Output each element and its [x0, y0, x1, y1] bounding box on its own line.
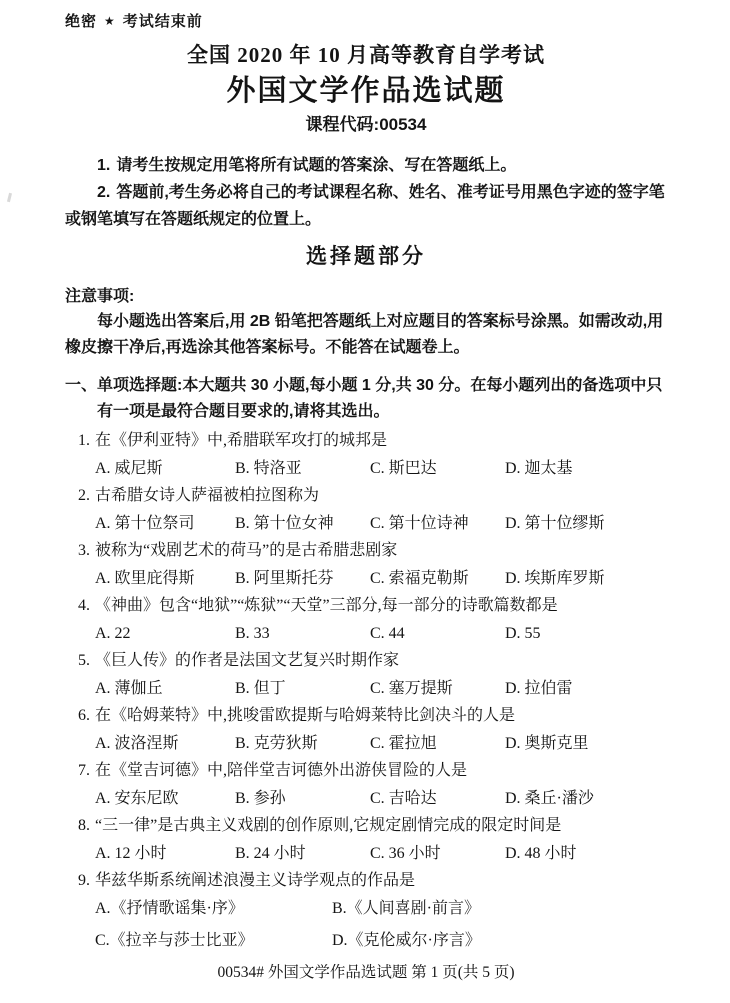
option: A. 22: [95, 620, 235, 648]
question-number: 1.: [78, 432, 90, 449]
question-stem: 7.在《堂吉诃德》中,陪伴堂吉诃德外出游侠冒险的人是: [78, 757, 667, 785]
option: A. 薄伽丘: [95, 675, 235, 703]
question-number: 9.: [78, 872, 90, 889]
question-stem: 5.《巨人传》的作者是法国文艺复兴时期作家: [78, 647, 667, 675]
option: C. 塞万提斯: [370, 675, 505, 703]
option: A. 欧里庇得斯: [95, 565, 235, 593]
question-text: 华兹华斯系统阐述浪漫主义诗学观点的作品是: [95, 872, 415, 889]
instruction-text: 答题前,考生务必将自己的考试课程名称、姓名、准考证号用黑色字迹的签字笔或钢笔填写…: [65, 184, 665, 228]
question-stem: 6.在《哈姆莱特》中,挑唆雷欧提斯与哈姆莱特比剑决斗的人是: [78, 702, 667, 730]
option: D. 48 小时: [505, 840, 667, 868]
option: C. 44: [370, 620, 505, 648]
instruction-item: 2.答题前,考生务必将自己的考试课程名称、姓名、准考证号用黑色字迹的签字笔或钢笔…: [65, 179, 667, 233]
option: D. 迦太基: [505, 455, 667, 483]
option: A. 安东尼欧: [95, 785, 235, 813]
question-block: 1.在《伊利亚特》中,希腊联军攻打的城邦是A. 威尼斯B. 特洛亚C. 斯巴达D…: [65, 427, 667, 482]
star-icon: ★: [104, 14, 116, 28]
question-block: 2.古希腊女诗人萨福被柏拉图称为A. 第十位祭司B. 第十位女神C. 第十位诗神…: [65, 482, 667, 537]
option: D. 55: [505, 620, 667, 648]
question-text: 在《哈姆莱特》中,挑唆雷欧提斯与哈姆莱特比剑决斗的人是: [95, 707, 515, 724]
question-text: 在《堂吉诃德》中,陪伴堂吉诃德外出游侠冒险的人是: [95, 762, 467, 779]
option: C.《拉辛与莎士比亚》: [95, 927, 332, 955]
options-row: A. 12 小时B. 24 小时C. 36 小时D. 48 小时: [95, 840, 667, 868]
exam-end-label: 考试结束前: [123, 13, 203, 30]
option: B. 克劳狄斯: [235, 730, 370, 758]
question-number: 7.: [78, 762, 90, 779]
notes-label: 注意事项:: [65, 286, 667, 307]
option: B. 阿里斯托芬: [235, 565, 370, 593]
question-text: 被称为“戏剧艺术的荷马”的是古希腊悲剧家: [95, 542, 397, 559]
option: D.《克伦威尔·序言》: [332, 927, 667, 955]
question-number: 8.: [78, 817, 90, 834]
exam-paper-page: 绝密★考试结束前 全国 2020 年 10 月高等教育自学考试 外国文学作品选试…: [0, 0, 730, 983]
instruction-text: 请考生按规定用笔将所有试题的答案涂、写在答题纸上。: [116, 157, 516, 174]
question-text: 古希腊女诗人萨福被柏拉图称为: [95, 487, 319, 504]
option: C. 第十位诗神: [370, 510, 505, 538]
option: C. 霍拉旭: [370, 730, 505, 758]
option: C. 索福克勒斯: [370, 565, 505, 593]
questions-list: 1.在《伊利亚特》中,希腊联军攻打的城邦是A. 威尼斯B. 特洛亚C. 斯巴达D…: [65, 427, 667, 955]
exam-subject-title: 外国文学作品选试题: [65, 73, 667, 110]
notes-body: 每小题选出答案后,用 2B 铅笔把答题纸上对应题目的答案标号涂黑。如需改动,用橡…: [65, 309, 667, 361]
question-number: 2.: [78, 487, 90, 504]
options-row: A. 波洛涅斯B. 克劳狄斯C. 霍拉旭D. 奥斯克里: [95, 730, 667, 758]
options-row: A. 威尼斯B. 特洛亚C. 斯巴达D. 迦太基: [95, 455, 667, 483]
options-row: A. 欧里庇得斯B. 阿里斯托芬C. 索福克勒斯D. 埃斯库罗斯: [95, 565, 667, 593]
instruction-item: 1.请考生按规定用笔将所有试题的答案涂、写在答题纸上。: [65, 152, 667, 179]
question-block: 9.华兹华斯系统阐述浪漫主义诗学观点的作品是A.《抒情歌谣集·序》B.《人间喜剧…: [65, 867, 667, 955]
question-block: 8.“三一律”是古典主义戏剧的创作原则,它规定剧情完成的限定时间是A. 12 小…: [65, 812, 667, 867]
instruction-number: 2.: [97, 184, 110, 201]
options-row: A. 第十位祭司B. 第十位女神C. 第十位诗神D. 第十位缪斯: [95, 510, 667, 538]
instruction-number: 1.: [97, 157, 110, 174]
question-text: 在《伊利亚特》中,希腊联军攻打的城邦是: [95, 432, 387, 449]
option: A. 第十位祭司: [95, 510, 235, 538]
question-block: 5.《巨人传》的作者是法国文艺复兴时期作家A. 薄伽丘B. 但丁C. 塞万提斯D…: [65, 647, 667, 702]
question-stem: 4.《神曲》包含“地狱”“炼狱”“天堂”三部分,每一部分的诗歌篇数都是: [78, 592, 667, 620]
question-stem: 3.被称为“戏剧艺术的荷马”的是古希腊悲剧家: [78, 537, 667, 565]
question-number: 3.: [78, 542, 90, 559]
question-number: 6.: [78, 707, 90, 724]
option: D. 拉伯雷: [505, 675, 667, 703]
question-stem: 1.在《伊利亚特》中,希腊联军攻打的城邦是: [78, 427, 667, 455]
option: D. 第十位缪斯: [505, 510, 667, 538]
options-row: A. 22B. 33C. 44D. 55: [95, 620, 667, 648]
page-footer: 00534# 外国文学作品选试题 第 1 页(共 5 页): [65, 963, 667, 983]
question-number: 5.: [78, 652, 90, 669]
option: C. 吉哈达: [370, 785, 505, 813]
option: A.《抒情歌谣集·序》: [95, 895, 332, 923]
question-text: 《巨人传》的作者是法国文艺复兴时期作家: [95, 652, 399, 669]
part-one-heading: 一、单项选择题:本大题共 30 小题,每小题 1 分,共 30 分。在每小题列出…: [65, 373, 667, 425]
exam-session-title: 全国 2020 年 10 月高等教育自学考试: [65, 42, 667, 69]
question-block: 4.《神曲》包含“地狱”“炼狱”“天堂”三部分,每一部分的诗歌篇数都是A. 22…: [65, 592, 667, 647]
security-classification-line: 绝密★考试结束前: [65, 12, 667, 32]
option: D. 埃斯库罗斯: [505, 565, 667, 593]
option: C. 斯巴达: [370, 455, 505, 483]
option: D. 奥斯克里: [505, 730, 667, 758]
option: B. 第十位女神: [235, 510, 370, 538]
option: B.《人间喜剧·前言》: [332, 895, 667, 923]
section-heading: 选择题部分: [65, 243, 667, 270]
option: D. 桑丘·潘沙: [505, 785, 667, 813]
option: C. 36 小时: [370, 840, 505, 868]
question-text: “三一律”是古典主义戏剧的创作原则,它规定剧情完成的限定时间是: [95, 817, 561, 834]
options-row: A.《抒情歌谣集·序》B.《人间喜剧·前言》: [95, 895, 667, 923]
question-block: 6.在《哈姆莱特》中,挑唆雷欧提斯与哈姆莱特比剑决斗的人是A. 波洛涅斯B. 克…: [65, 702, 667, 757]
option: B. 特洛亚: [235, 455, 370, 483]
option: B. 33: [235, 620, 370, 648]
option: A. 12 小时: [95, 840, 235, 868]
question-stem: 2.古希腊女诗人萨福被柏拉图称为: [78, 482, 667, 510]
question-block: 7.在《堂吉诃德》中,陪伴堂吉诃德外出游侠冒险的人是A. 安东尼欧B. 参孙C.…: [65, 757, 667, 812]
option: B. 24 小时: [235, 840, 370, 868]
options-row: C.《拉辛与莎士比亚》D.《克伦威尔·序言》: [95, 927, 667, 955]
question-stem: 8.“三一律”是古典主义戏剧的创作原则,它规定剧情完成的限定时间是: [78, 812, 667, 840]
general-instructions: 1.请考生按规定用笔将所有试题的答案涂、写在答题纸上。 2.答题前,考生务必将自…: [65, 152, 667, 233]
options-row: A. 安东尼欧B. 参孙C. 吉哈达D. 桑丘·潘沙: [95, 785, 667, 813]
question-text: 《神曲》包含“地狱”“炼狱”“天堂”三部分,每一部分的诗歌篇数都是: [95, 597, 558, 614]
question-stem: 9.华兹华斯系统阐述浪漫主义诗学观点的作品是: [78, 867, 667, 895]
question-number: 4.: [78, 597, 90, 614]
course-code: 课程代码:00534: [65, 114, 667, 136]
question-block: 3.被称为“戏剧艺术的荷马”的是古希腊悲剧家A. 欧里庇得斯B. 阿里斯托芬C.…: [65, 537, 667, 592]
option: A. 威尼斯: [95, 455, 235, 483]
option: B. 参孙: [235, 785, 370, 813]
options-row: A. 薄伽丘B. 但丁C. 塞万提斯D. 拉伯雷: [95, 675, 667, 703]
option: A. 波洛涅斯: [95, 730, 235, 758]
option: B. 但丁: [235, 675, 370, 703]
security-level-label: 绝密: [65, 13, 97, 30]
